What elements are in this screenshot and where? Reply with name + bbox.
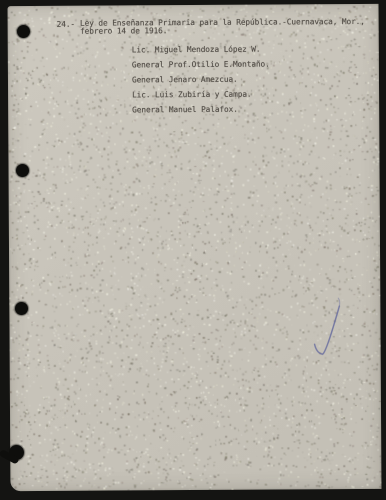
heading-title: Ley de Enseñanza Primaria para la Repúbl… <box>80 18 365 36</box>
handwritten-checkmark-annotation <box>300 292 348 358</box>
heading-item-number: 24.- <box>57 20 75 29</box>
punch-hole <box>16 164 29 177</box>
signatory-item: Lic. Miguel Mendoza López W. <box>132 45 270 61</box>
heading-title-line2: febrero 14 de 1916. <box>80 26 365 36</box>
signatory-list: Lic. Miguel Mendoza López W. General Pro… <box>132 45 270 121</box>
scanned-document-background: 24.- Ley de Enseñanza Primaria para la R… <box>0 0 386 500</box>
document-heading: 24.- Ley de Enseñanza Primaria para la R… <box>57 18 365 36</box>
punch-hole <box>15 302 28 315</box>
signatory-item: General Jenaro Amezcua. <box>132 75 270 91</box>
signatory-item: General Prof.Otilio E.Montaño. <box>132 60 270 76</box>
document-page: 24.- Ley de Enseñanza Primaria para la R… <box>8 4 382 491</box>
punch-hole <box>17 25 30 38</box>
signatory-item: Lic. Luis Zubiría y Campa. <box>132 90 270 106</box>
signatory-item: General Manuel Palafox. <box>132 105 270 121</box>
